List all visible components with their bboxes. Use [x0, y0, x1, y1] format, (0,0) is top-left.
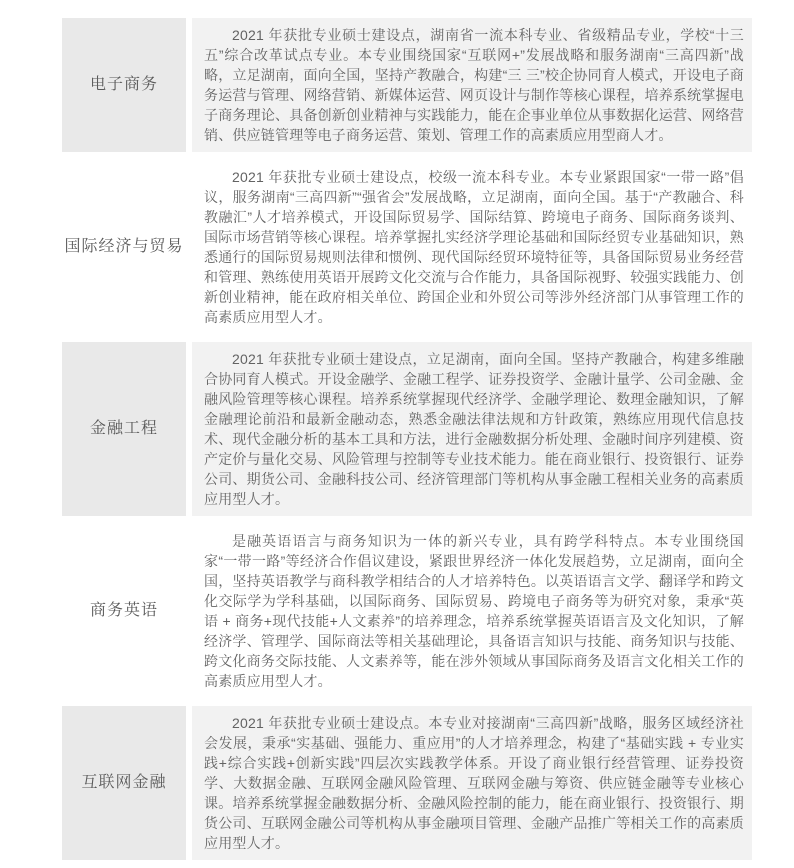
major-name-cell: 国际经济与贸易 — [62, 160, 186, 334]
major-description: 2021 年获批专业硕士建设点，湖南省一流本科专业、省级精品专业，学校“十三五”… — [204, 25, 744, 145]
major-name-cell: 互联网金融 — [62, 706, 186, 839]
major-description: 2021 年获批专业硕士建设点，立足湖南，面向全国。坚持产教融合，构建多维融合协… — [204, 349, 744, 509]
table-row: 商务英语 是融英语语言与商务知识为一体的新兴专业，具有跨学科特点。本专业围绕国家… — [62, 524, 752, 698]
table-row: 电子商务 2021 年获批专业硕士建设点，湖南省一流本科专业、省级精品专业，学校… — [62, 18, 752, 152]
major-name-cell: 金融工程 — [62, 342, 186, 516]
majors-table: 电子商务 2021 年获批专业硕士建设点，湖南省一流本科专业、省级精品专业，学校… — [62, 18, 752, 839]
table-row: 金融工程 2021 年获批专业硕士建设点，立足湖南，面向全国。坚持产教融合，构建… — [62, 342, 752, 516]
major-description-cell: 2021 年获批专业硕士建设点，立足湖南，面向全国。坚持产教融合，构建多维融合协… — [192, 342, 752, 516]
table-row: 国际经济与贸易 2021 年获批专业硕士建设点，校级一流本科专业。本专业紧跟国家… — [62, 160, 752, 334]
major-description: 是融英语语言与商务知识为一体的新兴专业，具有跨学科特点。本专业围绕国家“一带一路… — [204, 531, 744, 691]
major-description-cell: 2021 年获批专业硕士建设点，校级一流本科专业。本专业紧跟国家“一带一路”倡议… — [192, 160, 752, 334]
major-name-label: 商务英语 — [90, 600, 158, 622]
major-name-label: 互联网金融 — [81, 772, 166, 794]
major-name-label: 金融工程 — [90, 418, 158, 440]
major-name-cell: 商务英语 — [62, 524, 186, 698]
major-description-cell: 是融英语语言与商务知识为一体的新兴专业，具有跨学科特点。本专业围绕国家“一带一路… — [192, 524, 752, 698]
major-description: 2021 年获批专业硕士建设点，校级一流本科专业。本专业紧跟国家“一带一路”倡议… — [204, 167, 744, 327]
major-description-cell: 2021 年获批专业硕士建设点。本专业对接湖南“三高四新”战略，服务区域经济社会… — [192, 706, 752, 839]
major-name-label: 国际经济与贸易 — [64, 236, 183, 258]
major-description-cell: 2021 年获批专业硕士建设点，湖南省一流本科专业、省级精品专业，学校“十三五”… — [192, 18, 752, 152]
major-name-label: 电子商务 — [90, 74, 158, 96]
table-row: 互联网金融 2021 年获批专业硕士建设点。本专业对接湖南“三高四新”战略，服务… — [62, 706, 752, 839]
major-name-cell: 电子商务 — [62, 18, 186, 152]
major-description: 2021 年获批专业硕士建设点。本专业对接湖南“三高四新”战略，服务区域经济社会… — [204, 713, 744, 839]
